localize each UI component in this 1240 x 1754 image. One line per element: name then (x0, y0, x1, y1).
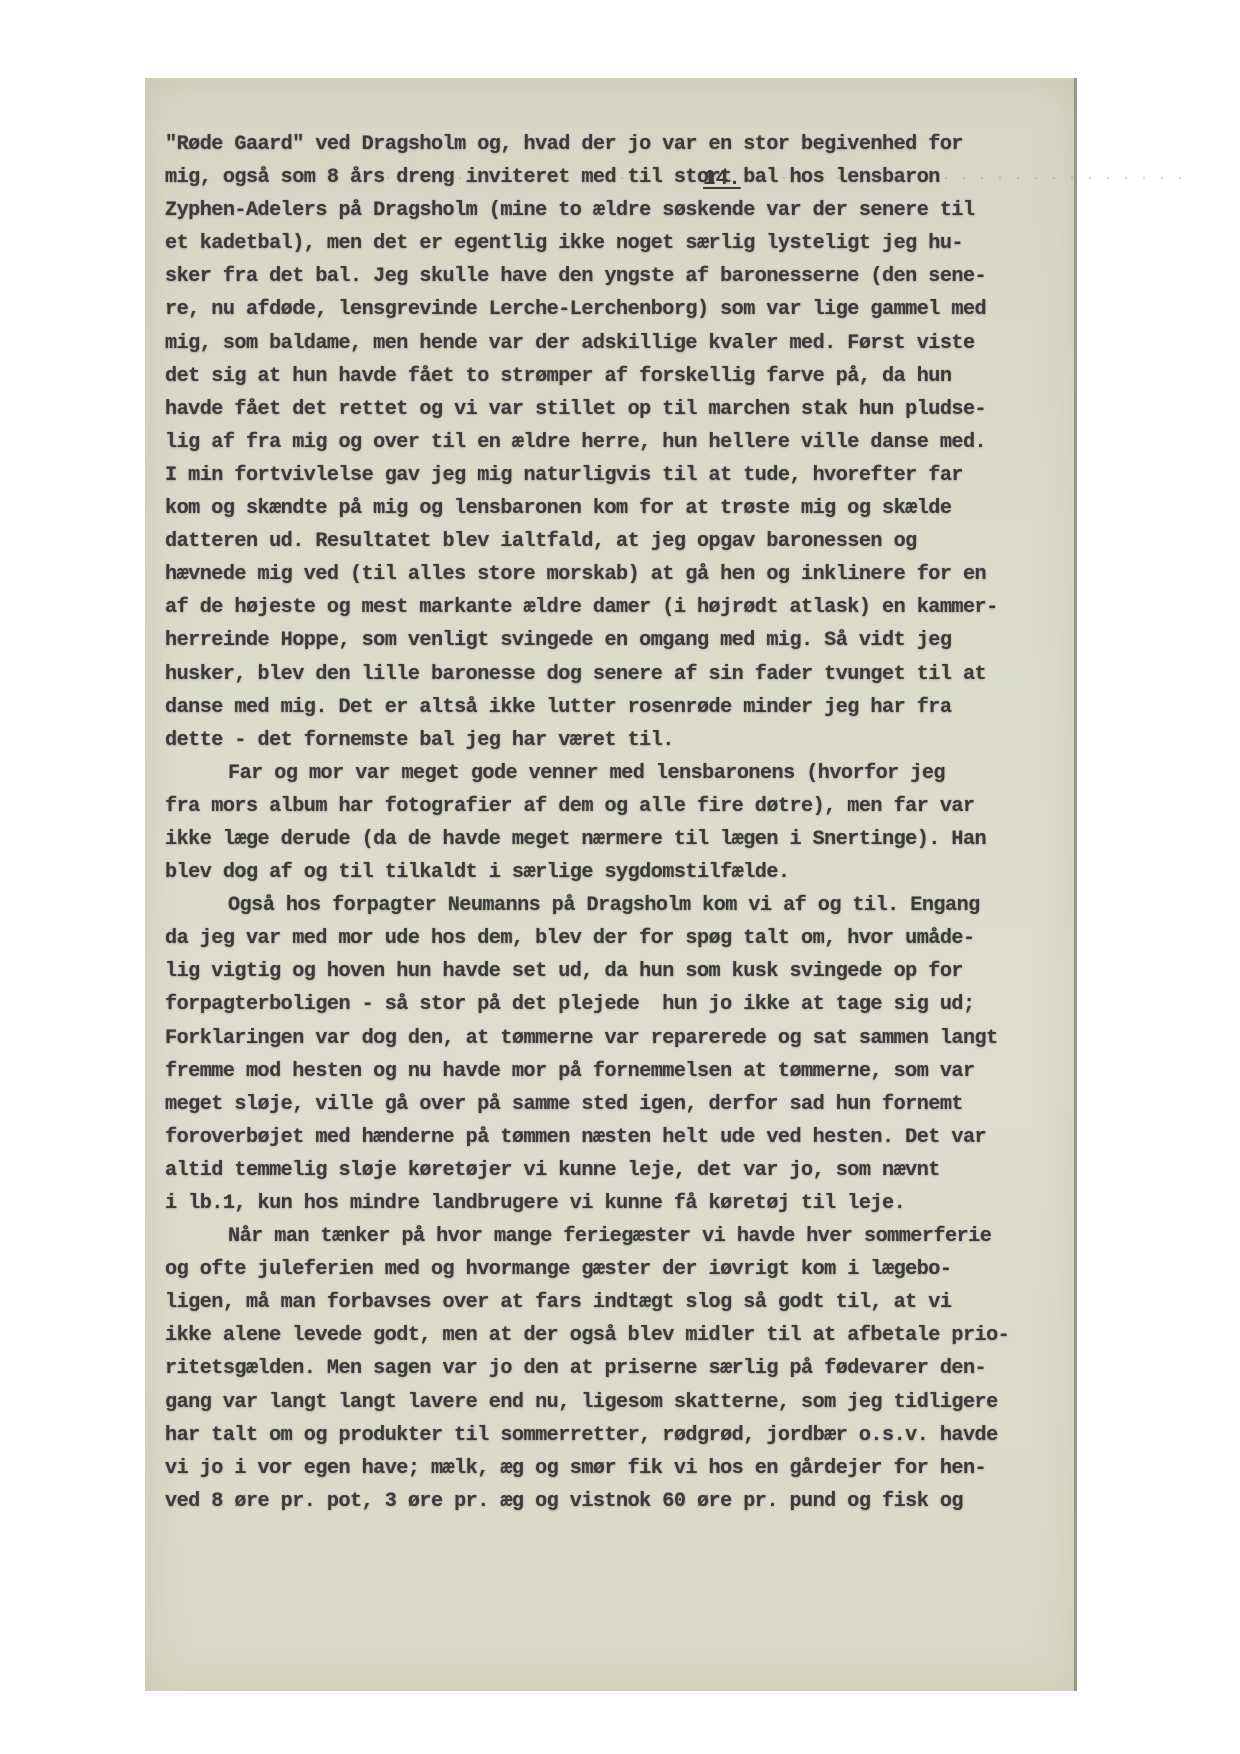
text-line: vi jo i vor egen have; mælk, æg og smør … (165, 1452, 1080, 1485)
text-line: sker fra det bal. Jeg skulle have den yn… (165, 260, 1080, 293)
text-line: Når man tænker på hvor mange feriegæster… (165, 1220, 1080, 1253)
text-line: i lb.1, kun hos mindre landbrugere vi ku… (165, 1187, 1080, 1220)
typewritten-text-body: "Røde Gaard" ved Dragsholm og, hvad der … (165, 128, 1080, 1518)
text-line: Far og mor var meget gode venner med len… (165, 757, 1080, 790)
text-line: altid temmelig sløje køretøjer vi kunne … (165, 1154, 1080, 1187)
text-line: havde fået det rettet og vi var stillet … (165, 393, 1080, 426)
text-line: har talt om og produkter til sommerrette… (165, 1419, 1080, 1452)
text-line: gang var langt langt lavere end nu, lige… (165, 1386, 1080, 1419)
text-line: et kadetbal), men det er egentlig ikke n… (165, 227, 1080, 260)
text-line: danse med mig. Det er altså ikke lutter … (165, 691, 1080, 724)
text-line: "Røde Gaard" ved Dragsholm og, hvad der … (165, 128, 1080, 161)
text-line: lig vigtig og hoven hun havde set ud, da… (165, 955, 1080, 988)
text-line: ligen, må man forbavses over at fars ind… (165, 1286, 1080, 1319)
text-line: ritetsgælden. Men sagen var jo den at pr… (165, 1352, 1080, 1385)
text-line: hævnede mig ved (til alles store morskab… (165, 558, 1080, 591)
text-line: meget sløje, ville gå over på samme sted… (165, 1088, 1080, 1121)
text-line: fra mors album har fotografier af dem og… (165, 790, 1080, 823)
text-line: og ofte juleferien med og hvormange gæst… (165, 1253, 1080, 1286)
text-line: mig, som baldame, men hende var der adsk… (165, 327, 1080, 360)
text-line: Også hos forpagter Neumanns på Dragsholm… (165, 889, 1080, 922)
text-line: foroverbøjet med hænderne på tømmen næst… (165, 1121, 1080, 1154)
text-line: dette - det fornemste bal jeg har været … (165, 724, 1080, 757)
text-line: Zyphen-Adelers på Dragsholm (mine to æld… (165, 194, 1080, 227)
text-line: lig af fra mig og over til en ældre herr… (165, 426, 1080, 459)
text-line: re, nu afdøde, lensgrevinde Lerche-Lerch… (165, 293, 1080, 326)
text-line: datteren ud. Resultatet blev ialtfald, a… (165, 525, 1080, 558)
text-line: af de højeste og mest markante ældre dam… (165, 591, 1080, 624)
text-line: blev dog af og til tilkaldt i særlige sy… (165, 856, 1080, 889)
text-line: ikke læge derude (da de havde meget nærm… (165, 823, 1080, 856)
text-line: kom og skændte på mig og lensbaronen kom… (165, 492, 1080, 525)
text-line: fremme mod hesten og nu havde mor på for… (165, 1055, 1080, 1088)
text-line: Forklaringen var dog den, at tømmerne va… (165, 1022, 1080, 1055)
text-line: mig, også som 8 års dreng inviteret med … (165, 161, 1080, 194)
text-line: ikke alene levede godt, men at der også … (165, 1319, 1080, 1352)
text-line: det sig at hun havde fået to strømper af… (165, 360, 1080, 393)
text-line: forpagterboligen - så stor på det plejed… (165, 988, 1080, 1021)
text-line: da jeg var med mor ude hos dem, blev der… (165, 922, 1080, 955)
text-line: herreinde Hoppe, som venligt svingede en… (165, 624, 1080, 657)
text-line: husker, blev den lille baronesse dog sen… (165, 658, 1080, 691)
text-line: I min fortvivlelse gav jeg mig naturligv… (165, 459, 1080, 492)
text-line: ved 8 øre pr. pot, 3 øre pr. æg og vistn… (165, 1485, 1080, 1518)
